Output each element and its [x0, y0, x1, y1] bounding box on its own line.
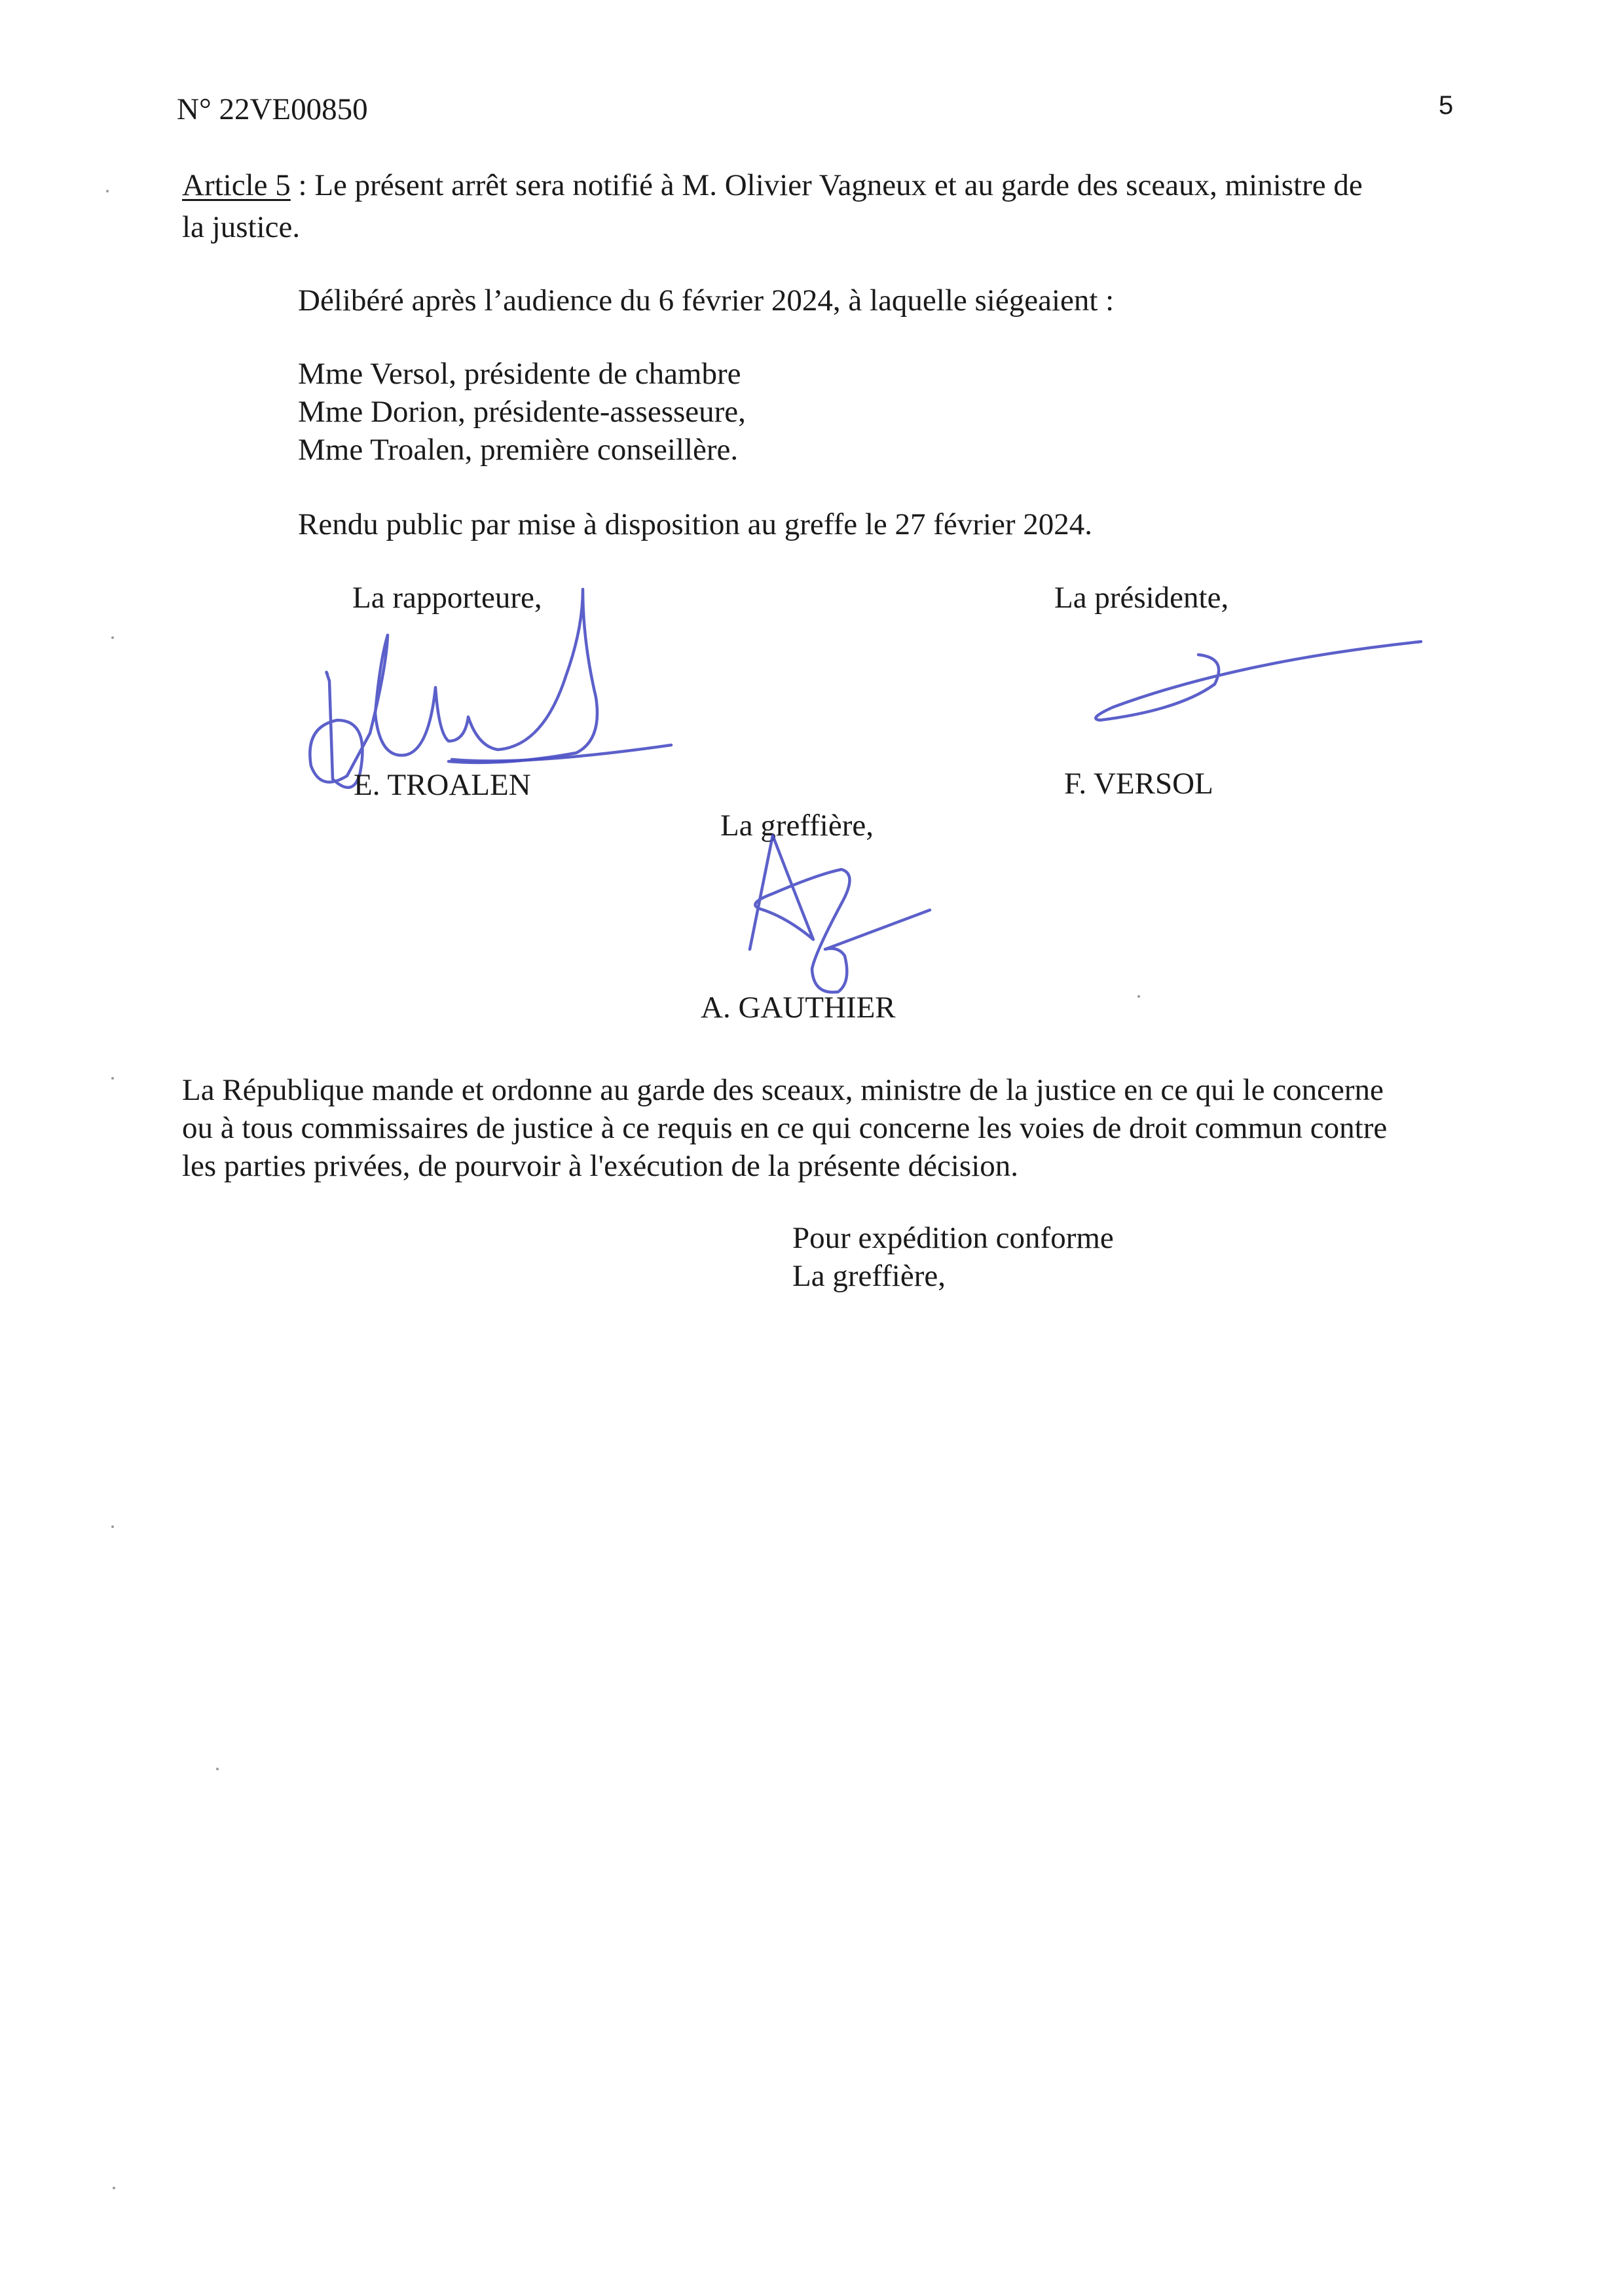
presidente-name: F. VERSOL — [1064, 765, 1213, 803]
executory-formula-line: La République mande et ordonne au garde … — [182, 1071, 1384, 1109]
public-delivery: Rendu public par mise à disposition au g… — [298, 505, 1092, 543]
scan-speck — [113, 2187, 115, 2189]
scan-speck — [111, 1525, 114, 1528]
page-number: 5 — [1439, 86, 1453, 124]
scan-speck — [1137, 995, 1140, 998]
executory-formula-line: les parties privées, de pourvoir à l'exé… — [182, 1147, 1018, 1185]
rapporteure-name: E. TROALEN — [354, 766, 531, 804]
scan-speck — [111, 636, 114, 639]
rapporteure-signature — [308, 570, 681, 792]
scan-speck — [111, 1077, 114, 1080]
article-separator: : — [291, 168, 315, 202]
bench-member: Mme Dorion, présidente-assesseure, — [298, 393, 746, 431]
scan-speck — [106, 190, 109, 192]
certification-line-2: La greffière, — [792, 1257, 946, 1295]
deliberation-intro: Délibéré après l’audience du 6 février 2… — [298, 282, 1114, 319]
bench-member: Mme Troalen, première conseillère. — [298, 431, 738, 469]
bench-member: Mme Versol, présidente de chambre — [298, 355, 741, 393]
greffiere-name: A. GAUTHIER — [701, 989, 896, 1027]
article-5-line-2: la justice. — [182, 208, 300, 246]
article-5-line-1: Article 5 : Le présent arrêt sera notifi… — [182, 166, 1363, 204]
executory-formula-line: ou à tous commissaires de justice à ce r… — [182, 1109, 1387, 1147]
presidente-title: La présidente, — [1054, 579, 1228, 617]
greffiere-signature — [747, 831, 969, 1002]
article-label: Article 5 — [182, 168, 291, 202]
article-text: Le présent arrêt sera notifié à M. Olivi… — [314, 168, 1362, 202]
case-number: N° 22VE00850 — [177, 90, 368, 128]
presidente-signature — [1074, 615, 1428, 733]
scan-speck — [216, 1768, 219, 1770]
certification-line-1: Pour expédition conforme — [792, 1219, 1114, 1257]
